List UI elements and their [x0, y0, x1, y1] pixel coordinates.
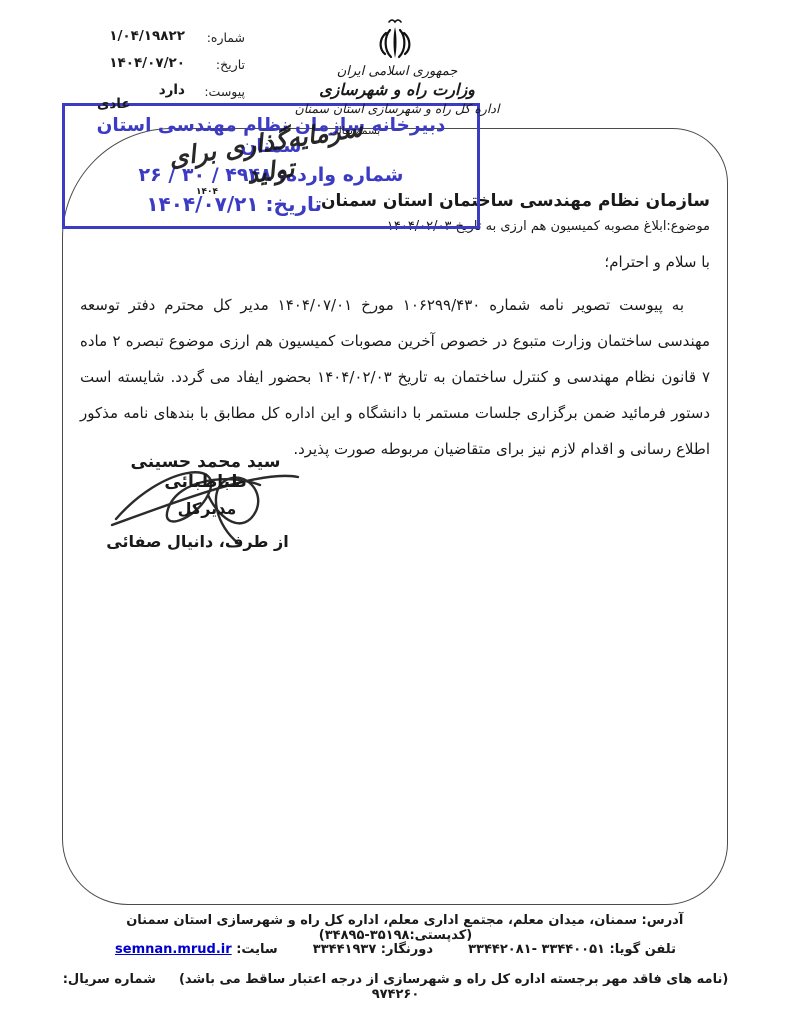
- number-value: ۱/۰۴/۱۹۸۲۲: [75, 28, 185, 44]
- signatory-name: سید محمد حسینی طباطبائی: [88, 452, 323, 492]
- footer-disclaimer-row: (نامه های فاقد مهر برجسته اداره کل راه و…: [55, 972, 736, 1002]
- salutation-line: با سلام و احترام؛: [604, 253, 710, 271]
- footer-fax-label: دورنگار:: [381, 942, 433, 957]
- stamp-secretariat-title: دبیرخانه سازمان نظام مهندسی استان سمنان: [65, 115, 477, 157]
- footer-phone-numbers: ۳۳۴۴۲۰۸۱- ۳۳۴۴۰۰۵۱: [468, 942, 605, 957]
- footer-postal-open: (کدپستی:: [409, 928, 472, 943]
- besmele-text: بسمه تعالی: [310, 125, 400, 137]
- footer-address-text: آدرس: سمنان، میدان معلم، مجتمع اداری معل…: [126, 913, 683, 928]
- letter-page: شماره: ۱/۰۴/۱۹۸۲۲ تاریخ: ۱۴۰۴/۰۷/۲۰ پیوس…: [0, 0, 791, 1024]
- footer-phone-label: تلفن گویا:: [610, 942, 676, 957]
- footer-address: آدرس: سمنان، میدان معلم، مجتمع اداری معل…: [55, 913, 736, 943]
- footer-fax-number: ۳۳۴۴۱۹۳۷: [313, 942, 376, 957]
- body-paragraph: به پیوست تصویر نامه شماره ۱۰۶۲۹۹/۴۳۰ مور…: [80, 287, 710, 467]
- attachment-label: پیوست:: [185, 84, 245, 99]
- stamp-entry-date: تاریخ: ۱۴۰۴/۰۷/۲۱: [65, 192, 322, 216]
- classification-badge: عادی: [97, 96, 131, 112]
- footer-site-label: سایت:: [236, 942, 278, 957]
- footer-disclaimer: (نامه های فاقد مهر برجسته اداره کل راه و…: [179, 972, 728, 987]
- number-label: شماره:: [185, 30, 245, 45]
- office-title: اداره کل راه و شهرسازی استان سمنان: [282, 101, 512, 116]
- secretariat-stamp: دبیرخانه سازمان نظام مهندسی استان سمنان …: [62, 103, 480, 229]
- footer-contacts: تلفن گویا: ۳۳۴۴۲۰۸۱- ۳۳۴۴۰۰۵۱ دورنگار: ۳…: [55, 942, 736, 957]
- iran-emblem-icon: [373, 17, 417, 69]
- footer-postal-code: ۳۴۸۹۵-۳۵۱۹۸: [325, 928, 410, 943]
- ministry-title: وزارت راه و شهرسازی: [297, 80, 497, 99]
- date-label: تاریخ:: [185, 57, 245, 72]
- signatory-title: مدیرکل: [152, 499, 262, 518]
- stamp-entry-number: شماره وارده: ۴۹۴۸ / ۳۰ / ۲۶: [65, 164, 477, 186]
- year-slogan-year: ۱۴۰۴: [196, 187, 218, 197]
- signatory-on-behalf: از طرف، دانیال صفائی: [95, 532, 300, 551]
- website-link[interactable]: semnan.mrud.ir: [115, 942, 232, 957]
- date-value: ۱۴۰۴/۰۷/۲۰: [75, 55, 185, 71]
